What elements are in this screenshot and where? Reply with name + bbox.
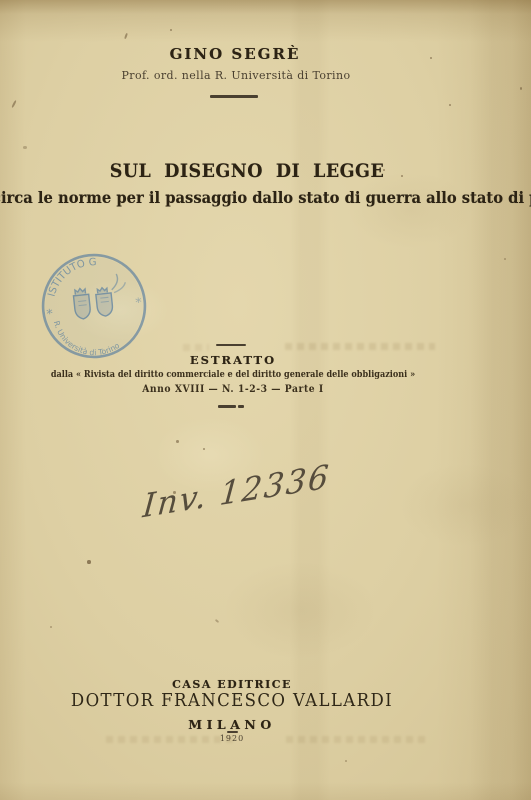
paper-speck	[401, 175, 403, 177]
paper-speck	[383, 169, 385, 171]
ink-dot	[87, 560, 91, 564]
university-stamp: ISTITUTO G R. Università di Torino * *	[38, 250, 150, 362]
document-title: SUL DISEGNO DI LEGGE	[0, 160, 523, 182]
ghost-showthrough-text	[183, 344, 209, 351]
paper-speck	[430, 57, 432, 59]
city-year-dash	[227, 731, 238, 733]
author-divider-rule	[210, 95, 258, 98]
publication-year: 1920	[0, 734, 531, 743]
estratto-bottom-rule-tick	[238, 405, 244, 408]
university-stamp-seal: ISTITUTO G R. Università di Torino * *	[38, 250, 150, 362]
ghost-showthrough-text	[286, 736, 428, 743]
paper-speck	[170, 29, 172, 31]
estratto-issue-line: Anno XVIII — N. 1-2-3 — Parte I	[0, 384, 509, 395]
paper-speck	[203, 448, 205, 450]
paper-speck	[345, 760, 347, 762]
handwritten-inventory-note: Inv. 12336	[141, 457, 332, 526]
publisher-city: MILANO	[0, 717, 531, 732]
paper-speck	[23, 146, 27, 149]
author-affiliation: Prof. ord. nella R. Università di Torino	[0, 69, 531, 82]
estratto-source-line: dalla « Rivista del diritto commerciale …	[0, 370, 503, 380]
paper-speck	[215, 619, 219, 623]
paper-speck	[124, 33, 128, 39]
estratto-top-rule	[216, 344, 246, 346]
paper-speck	[520, 87, 522, 90]
stamp-inner-tint	[40, 252, 147, 359]
paper-speck	[504, 258, 506, 260]
document-subtitle: circa le norme per il passaggio dallo st…	[0, 188, 531, 207]
author-name: GINO SEGRÈ	[0, 45, 531, 63]
ghost-showthrough-text	[106, 736, 238, 743]
ghost-showthrough-text	[285, 343, 435, 350]
paper-speck	[176, 440, 179, 443]
estratto-bottom-rule	[218, 405, 236, 408]
paper-speck	[50, 626, 52, 628]
publisher-name: DOTTOR FRANCESCO VALLARDI	[0, 690, 508, 711]
paper-speck	[449, 104, 451, 106]
estratto-heading: ESTRATTO	[0, 353, 531, 367]
paper-speck	[173, 491, 176, 494]
paper-speck	[11, 100, 17, 108]
scanned-title-page: { "page": { "author": { "name": "GINO SE…	[0, 0, 531, 800]
